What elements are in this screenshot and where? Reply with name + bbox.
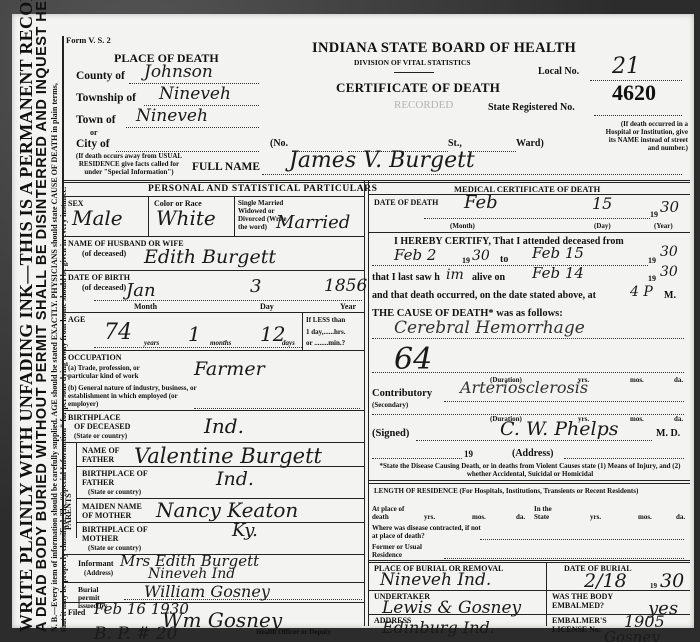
last-saw-pronoun: im: [446, 267, 464, 283]
hospital-note: (If death occurred in a Hospital or Inst…: [604, 120, 688, 152]
informant-address: Nineveh Ind: [148, 566, 235, 582]
burial-permit-value: William Gosney: [144, 582, 270, 601]
undertaker-address-value: Edinburg Ind.: [382, 618, 495, 637]
death-year-sub: (Year): [654, 222, 673, 230]
age-label: AGE: [68, 315, 85, 324]
personal-heading: PERSONAL AND STATISTICAL PARTICULARS: [148, 184, 378, 194]
residence-label: LENGTH OF RESIDENCE (For Hospitals, Inst…: [374, 487, 686, 495]
father-value: Valentine Burgett: [134, 444, 322, 468]
death-time: 4 P: [630, 284, 653, 300]
death-year: 30: [660, 198, 679, 216]
year-label: Year: [340, 302, 356, 311]
cause-value: Cerebral Hemorrhage: [394, 318, 585, 338]
less-day-label: 1 day,......hrs.: [306, 328, 345, 336]
margin-line-2: A DEAD BODY BURIED WITHOUT PERMIT SHALL …: [34, 0, 50, 632]
death-occurred-text: and that death occurred, on the date sta…: [372, 290, 596, 301]
county-label: County of: [76, 70, 125, 82]
city-label: City of: [76, 138, 110, 150]
ward-label: Ward): [516, 138, 544, 149]
mos-label: mos.: [630, 376, 644, 384]
attended-from: Feb 2: [394, 246, 436, 264]
local-no-value: 21: [612, 54, 640, 79]
dob-month: Jan: [126, 280, 156, 301]
board-title: INDIANA STATE BOARD OF HEALTH: [312, 40, 576, 57]
at-place-label: At place of death: [372, 505, 412, 521]
embalmer-signature: Gosney: [604, 628, 660, 642]
occupation-label: OCCUPATION: [68, 353, 121, 362]
da-label: da.: [674, 376, 683, 384]
last-saw-date: Feb 14: [532, 264, 584, 282]
last-saw-text: that I last saw h: [372, 272, 440, 283]
burial-date-value: 2/18: [584, 570, 627, 592]
to-label: to: [500, 254, 508, 265]
m-label: M.: [664, 290, 676, 301]
signed-label: (Signed): [372, 428, 409, 439]
months-label: months: [210, 339, 231, 347]
occupation-a-label: (a) Trade, profession, or particular kin…: [68, 364, 163, 380]
da-label-2: da.: [674, 415, 683, 423]
attended-to: Feb 15: [532, 244, 584, 262]
father-birthplace-value: Ind.: [216, 468, 254, 490]
town-value: Nineveh: [136, 106, 208, 126]
md-label: M. D.: [656, 428, 680, 439]
alive-on-label: alive on: [472, 272, 505, 283]
informant-sub: (Address): [84, 569, 113, 577]
less-than-label: If LESS than: [306, 316, 345, 324]
secondary-label: (Secondary): [372, 401, 408, 409]
birthplace-value: Ind.: [204, 414, 244, 438]
contracted-label: Where was disease contracted, if not at …: [372, 524, 482, 540]
township-label: Township of: [76, 92, 136, 104]
marital-value: Married: [276, 212, 350, 233]
age-months: 1: [188, 322, 201, 346]
mother-value: Nancy Keaton: [156, 498, 298, 522]
mother-label: MAIDEN NAME OF MOTHER: [82, 502, 154, 520]
burial-year-prefix: 19: [650, 582, 657, 590]
date-of-death-label: DATE OF DEATH: [374, 198, 438, 207]
death-month-sub: (Month): [450, 222, 475, 230]
cause-footnote: *State the Disease Causing Death, or in …: [372, 462, 688, 478]
signed-year-prefix: 19: [464, 450, 473, 459]
local-no-label: Local No.: [538, 66, 579, 77]
burial-place-value: Nineveh Ind.: [380, 570, 491, 590]
embalmed-label: WAS THE BODY EMBALMED?: [552, 592, 632, 610]
birthplace-label: BIRTHPLACE: [68, 413, 121, 422]
dob-year: 1856: [324, 276, 367, 296]
spouse-sub: (of deceased): [82, 249, 126, 258]
day-label: Day: [260, 302, 274, 311]
sex-value: Male: [72, 206, 123, 230]
street-no-label: (No.: [270, 138, 288, 149]
less-min-label: or ........min.?: [306, 339, 345, 347]
address-label: (Address): [512, 448, 553, 459]
in-state-label: In the State: [534, 505, 566, 521]
spouse-value: Edith Burgett: [144, 246, 276, 268]
state-mos: mos.: [638, 513, 652, 521]
certificate-title: CERTIFICATE OF DEATH: [336, 80, 500, 96]
county-value: Johnson: [144, 62, 213, 82]
birthplace-sub: OF DECEASED: [74, 422, 130, 431]
month-label: Month: [134, 302, 157, 311]
attended-from-year: 30: [472, 248, 490, 264]
attended-to-prefix: 19: [648, 256, 656, 265]
years-label: years: [144, 339, 159, 347]
occupation-value: Farmer: [194, 358, 265, 380]
last-saw-prefix: 19: [648, 274, 656, 283]
mother-birthplace-label: BIRTHPLACE OF MOTHER: [82, 525, 162, 543]
father-birthplace-label: BIRTHPLACE OF FATHER: [82, 469, 162, 487]
informant-label: Informant: [78, 559, 114, 568]
mos-label-2: mos.: [630, 415, 644, 423]
father-birthplace-sub: (State or country): [88, 488, 141, 496]
former-residence-label: Former or Usual Residence: [372, 543, 442, 559]
death-day-sub: (Day): [594, 222, 611, 230]
form-number: Form V. S. 2: [66, 36, 111, 45]
age-years: 74: [104, 320, 132, 345]
birthplace-sub2: (State or country): [74, 432, 127, 440]
dob-label: DATE OF BIRTH: [68, 273, 130, 282]
dob-sub: (of deceased): [82, 283, 126, 292]
last-saw-year: 30: [660, 264, 678, 280]
state-yrs: yrs.: [590, 513, 601, 521]
burial-year-value: 30: [660, 570, 684, 592]
full-name-value: James V. Burgett: [289, 148, 475, 173]
dob-day: 3: [250, 276, 261, 297]
mother-birthplace-sub: (State or country): [88, 544, 141, 552]
contributory-value: Arteriosclerosis: [460, 378, 588, 397]
filed-label: Filed: [68, 608, 85, 617]
or-label: or: [90, 128, 98, 137]
division-title: DIVISION OF VITAL STATISTICS: [354, 59, 471, 67]
away-note: (If death occurs away from USUAL RESIDEN…: [74, 152, 184, 176]
state-reg-label: State Registered No.: [488, 102, 575, 113]
attended-from-prefix: 19: [462, 256, 470, 265]
residence-mos: mos.: [472, 513, 486, 521]
state-da: da.: [676, 513, 685, 521]
bp-note: B. P. # 20: [94, 624, 177, 642]
parents-label: PARENTS: [65, 493, 73, 530]
full-name-label: FULL NAME: [192, 161, 260, 173]
state-reg-no: 4620: [612, 80, 656, 106]
health-officer-label: Health Officer or Deputy: [256, 628, 331, 636]
margin-instructions: WRITE PLAINLY WITH UNFADING INK—THIS IS …: [12, 20, 62, 630]
recorded-stamp: RECORDED: [394, 99, 453, 111]
race-value: White: [156, 206, 216, 230]
town-label: Town of: [76, 114, 116, 126]
township-value: Nineveh: [159, 84, 231, 104]
undertaker-value: Lewis & Gosney: [382, 598, 521, 618]
physician-signature: C. W. Phelps: [500, 418, 618, 440]
death-month: Feb: [464, 192, 498, 213]
attended-to-year: 30: [660, 244, 678, 260]
father-label: NAME OF FATHER: [82, 446, 132, 464]
days-label: days: [282, 339, 295, 347]
death-day: 15: [592, 194, 612, 213]
residence-da: da.: [516, 513, 525, 521]
mother-birthplace-value: Ky.: [232, 520, 258, 541]
contributory-label: Contributory: [372, 388, 432, 399]
death-year-prefix: 19: [650, 210, 658, 219]
residence-yrs: yrs.: [424, 513, 435, 521]
death-certificate-form: Form V. S. 2 PLACE OF DEATH INDIANA STAT…: [62, 36, 692, 626]
occupation-b-label: (b) General nature of industry, business…: [68, 384, 198, 408]
